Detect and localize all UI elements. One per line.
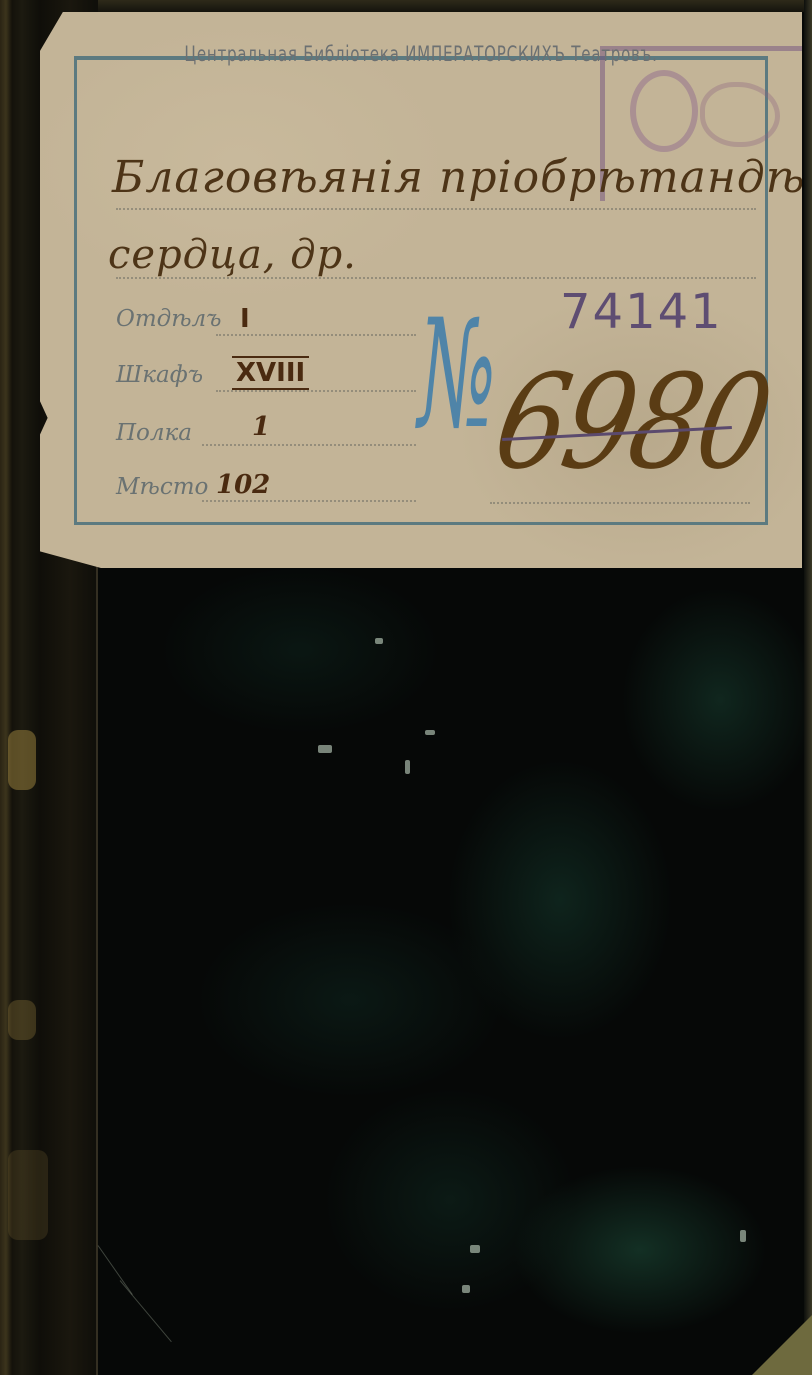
- spine-boundary: [96, 565, 98, 1375]
- paint-fleck: [318, 745, 332, 753]
- cover-crack: [98, 1245, 133, 1295]
- spine-wear-mark: [8, 1150, 48, 1240]
- field-value-department: I: [240, 304, 250, 334]
- corner-cloth: [752, 1315, 812, 1375]
- library-header: Центральная Библiотека ИМПЕРАТОРСКИХЪ Те…: [147, 42, 696, 66]
- paint-fleck: [405, 760, 410, 774]
- paint-fleck: [462, 1285, 470, 1293]
- cover-crack: [120, 1280, 172, 1342]
- dotted-rule: [216, 334, 416, 336]
- field-label-shelf: Полка: [116, 420, 192, 446]
- dotted-rule: [490, 502, 750, 504]
- dotted-rule: [202, 444, 416, 446]
- library-label: Центральная Библiотека ИМПЕРАТОРСКИХЪ Те…: [40, 12, 802, 568]
- stamp-mark: [630, 70, 698, 152]
- field-label-cabinet: Шкафъ: [116, 362, 203, 388]
- cover-top-edge: [0, 0, 812, 12]
- field-value-cabinet: XVIII: [232, 358, 309, 388]
- spine-wear-mark: [8, 730, 36, 790]
- dotted-rule: [216, 390, 416, 392]
- catalog-number-new: 74141: [560, 284, 723, 340]
- book-title-line-1: Благовѣянія пріобрѣтандѣ: [112, 152, 806, 203]
- dotted-rule: [116, 208, 756, 210]
- numero-sign: №: [418, 300, 496, 450]
- paint-fleck: [375, 638, 383, 644]
- field-value-shelf: 1: [252, 412, 270, 442]
- book-title-line-2: сердца, др.: [108, 232, 357, 278]
- spine-wear-mark: [8, 1000, 36, 1040]
- stamp-mark: [700, 82, 780, 147]
- paint-fleck: [425, 730, 435, 735]
- dotted-rule: [202, 500, 416, 502]
- paint-fleck: [470, 1245, 480, 1253]
- cabinet-number: XVIII: [232, 356, 309, 390]
- field-label-department: Отдѣлъ: [116, 306, 222, 332]
- catalog-number-old: 6980: [487, 357, 778, 487]
- field-value-place: 102: [216, 470, 270, 500]
- paint-fleck: [740, 1230, 746, 1242]
- cover-right-edge: [804, 0, 812, 1375]
- field-label-place: Мѣсто: [116, 474, 208, 500]
